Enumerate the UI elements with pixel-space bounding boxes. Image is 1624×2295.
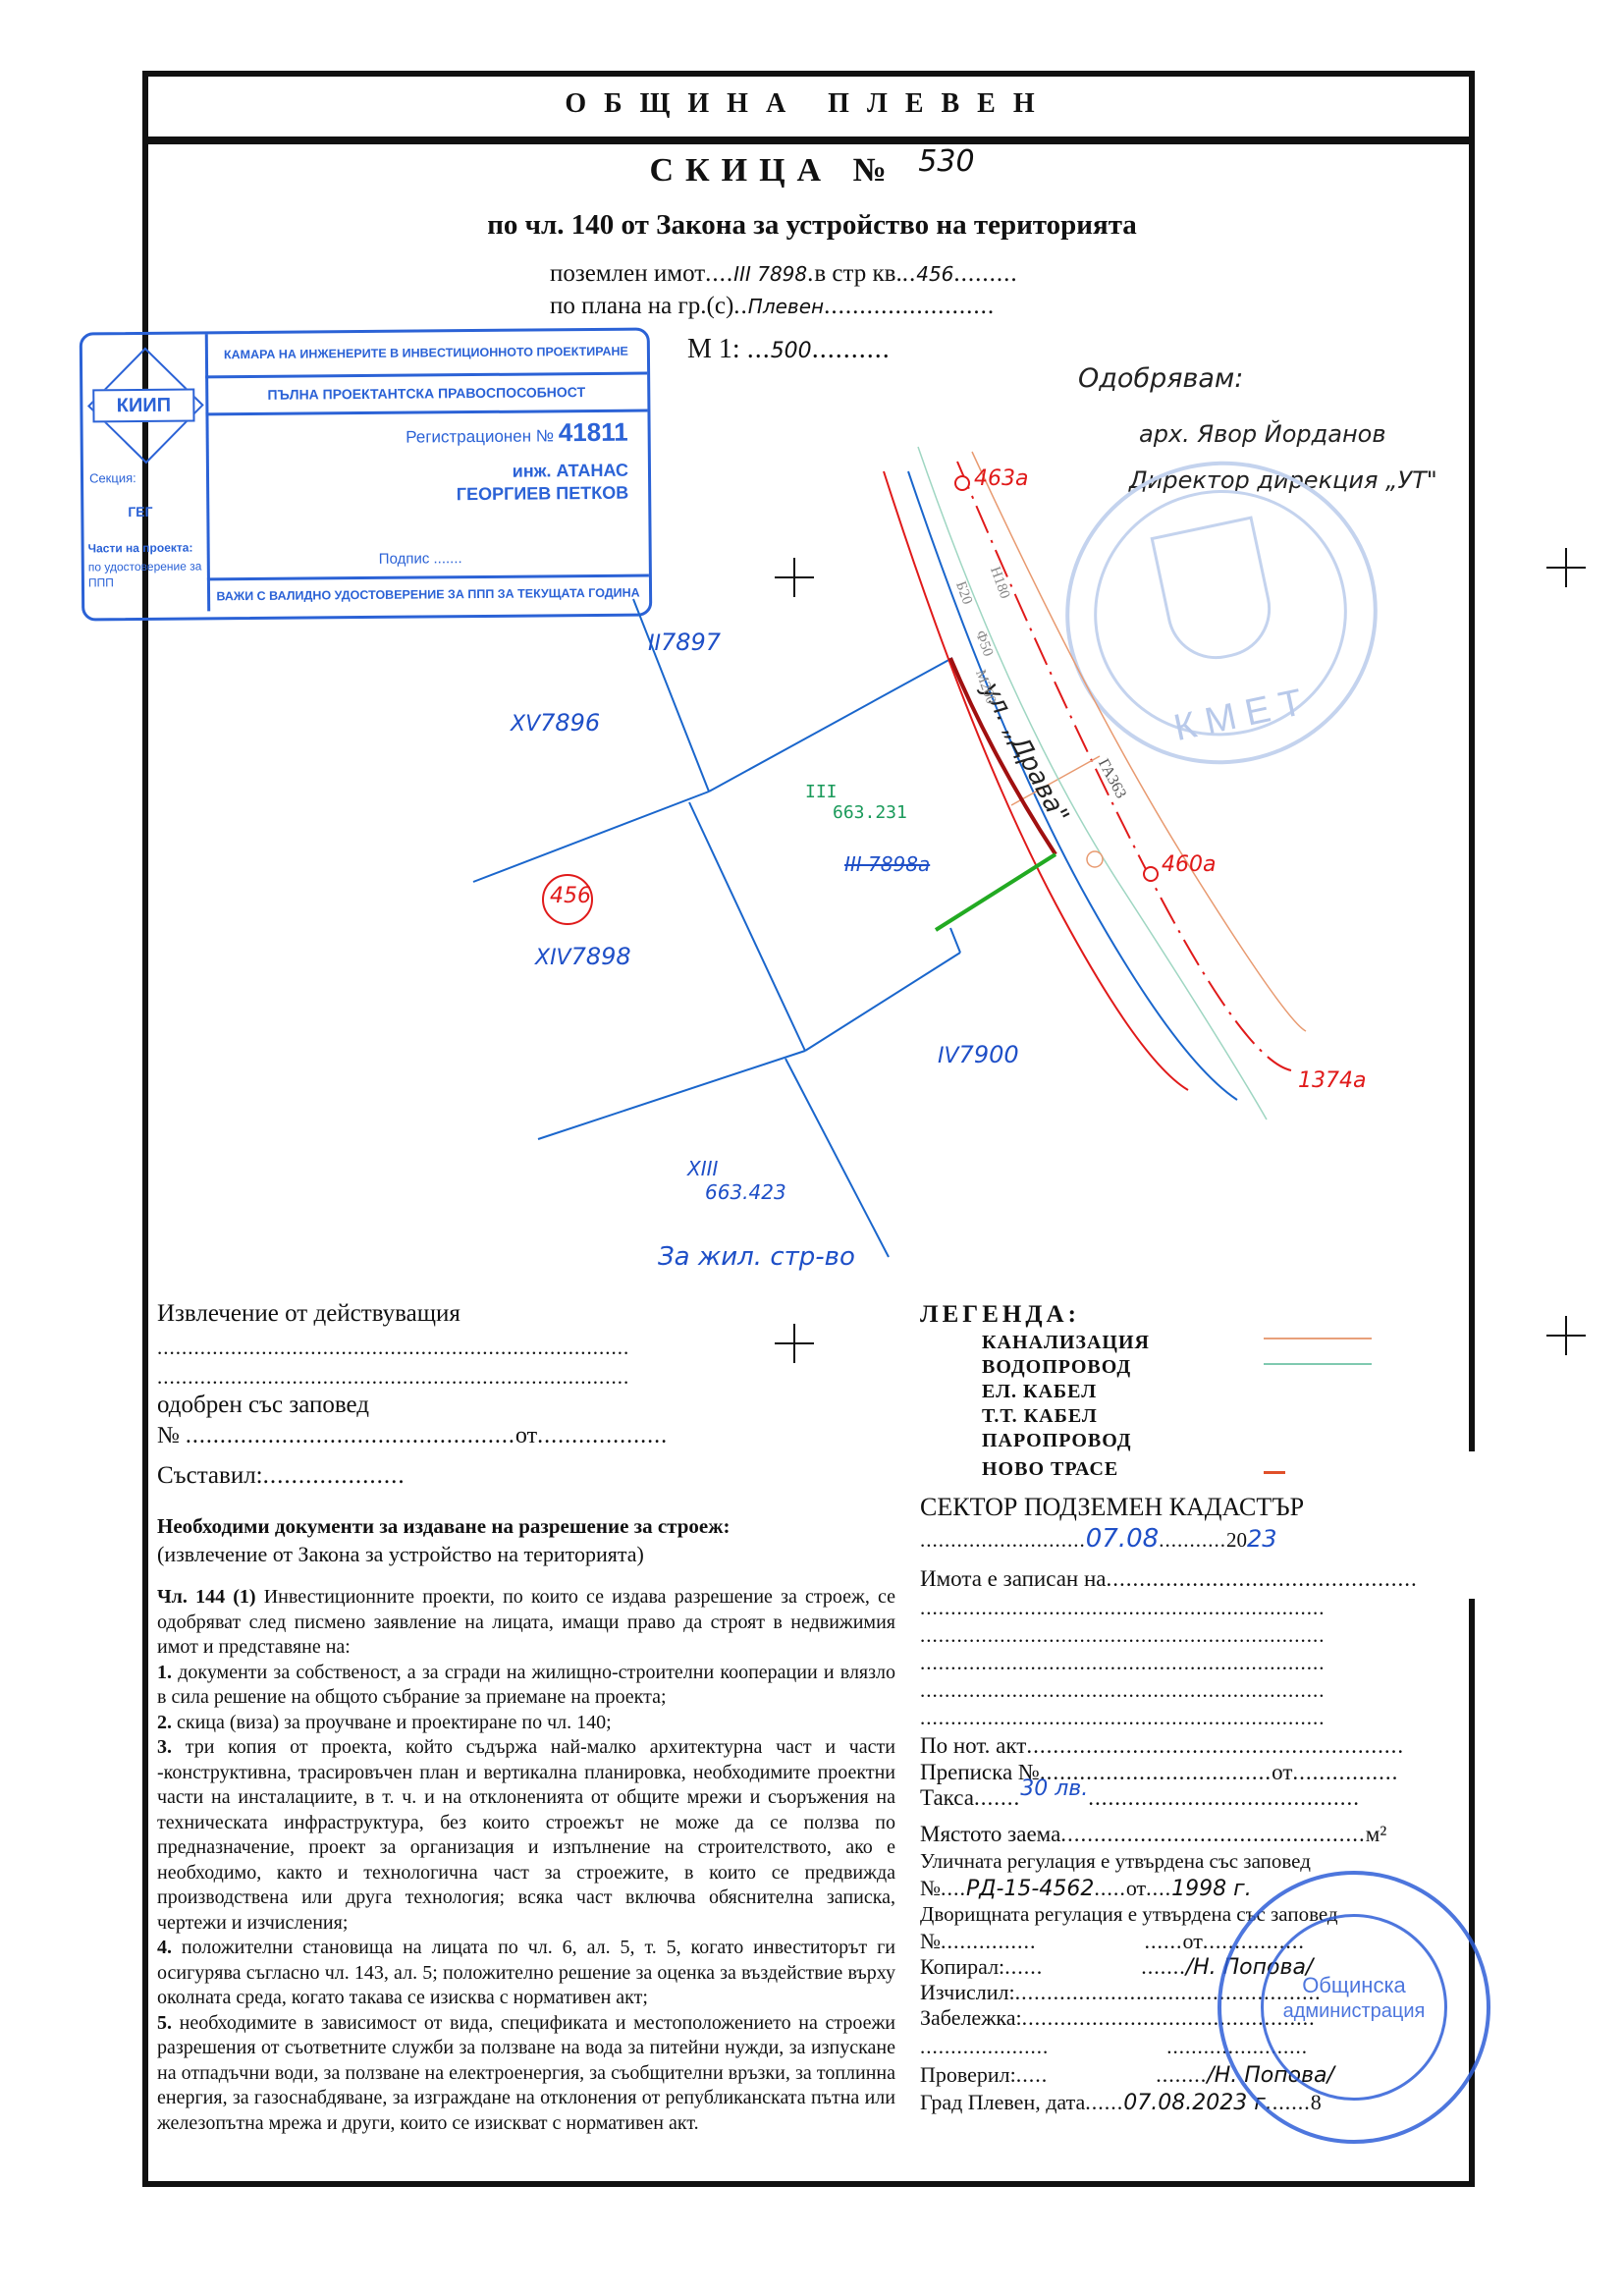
grid-cross-icon (775, 1324, 814, 1363)
law-body: Чл. 144 (1) Инвестиционните проекти, по … (157, 1585, 895, 2136)
legend-item: ЕЛ. КАБЕЛ (982, 1380, 1150, 1404)
law-subheading: (извлечение от Закона за устройство на т… (157, 1542, 644, 1567)
legend-list: КАНАЛИЗАЦИЯ ВОДОПРОВОД ЕЛ. КАБЕЛ Т.Т. КА… (982, 1331, 1150, 1482)
law-heading: Необходими документи за издаване на разр… (157, 1514, 730, 1539)
legend-item: ПАРОПРОВОД (982, 1429, 1150, 1453)
cadastre-sector: СЕКТОР ПОДЗЕМЕН КАДАСТЪР (920, 1493, 1304, 1522)
point-label: 460a (1162, 852, 1216, 877)
fee-field: Такса.......30 лв.......................… (920, 1785, 1360, 1811)
cadastre-date: ...........................07.08........… (920, 1527, 1276, 1553)
plot-label-main: III663.231 (805, 782, 907, 823)
point-label: 1374a (1298, 1068, 1366, 1093)
legend-title: ЛЕГЕНДА: (920, 1301, 1080, 1329)
street-reg-order: №....РД-15-4562.....от....1998 г. (920, 1876, 1252, 1901)
composed-field: Съставил:.................... (157, 1463, 406, 1488)
cadastral-map (0, 0, 1624, 1296)
grid-cross-icon (1546, 1316, 1586, 1355)
legend-swatch-new-route (1264, 1471, 1285, 1474)
order-field: № ......................................… (157, 1424, 668, 1448)
plot-label: XIII663.423 (687, 1157, 786, 1204)
block-number: 456 (550, 884, 591, 908)
legend-item: НОВО ТРАСЕ (982, 1457, 1150, 1482)
grid-cross-icon (1546, 548, 1586, 587)
grid-cross-icon (775, 558, 814, 597)
plot-label: XV7896 (511, 709, 600, 737)
point-label: 463a (974, 466, 1028, 491)
legend-item: Т.Т. КАБЕЛ (982, 1404, 1150, 1429)
plot-label: IV7900 (938, 1041, 1019, 1068)
admin-stamp: Общинска администрация (1218, 1871, 1490, 2144)
plot-label: II7897 (648, 628, 721, 656)
legend-item: КАНАЛИЗАЦИЯ (982, 1331, 1150, 1355)
legend-swatch-sewer (1264, 1338, 1372, 1339)
purpose-note: За жил. стр-во (658, 1242, 855, 1272)
old-plot-label: III 7898a (844, 852, 930, 876)
legend-swatch-water (1264, 1363, 1372, 1365)
legend-item: ВОДОПРОВОД (982, 1355, 1150, 1380)
plot-label: XIV7898 (535, 943, 631, 970)
